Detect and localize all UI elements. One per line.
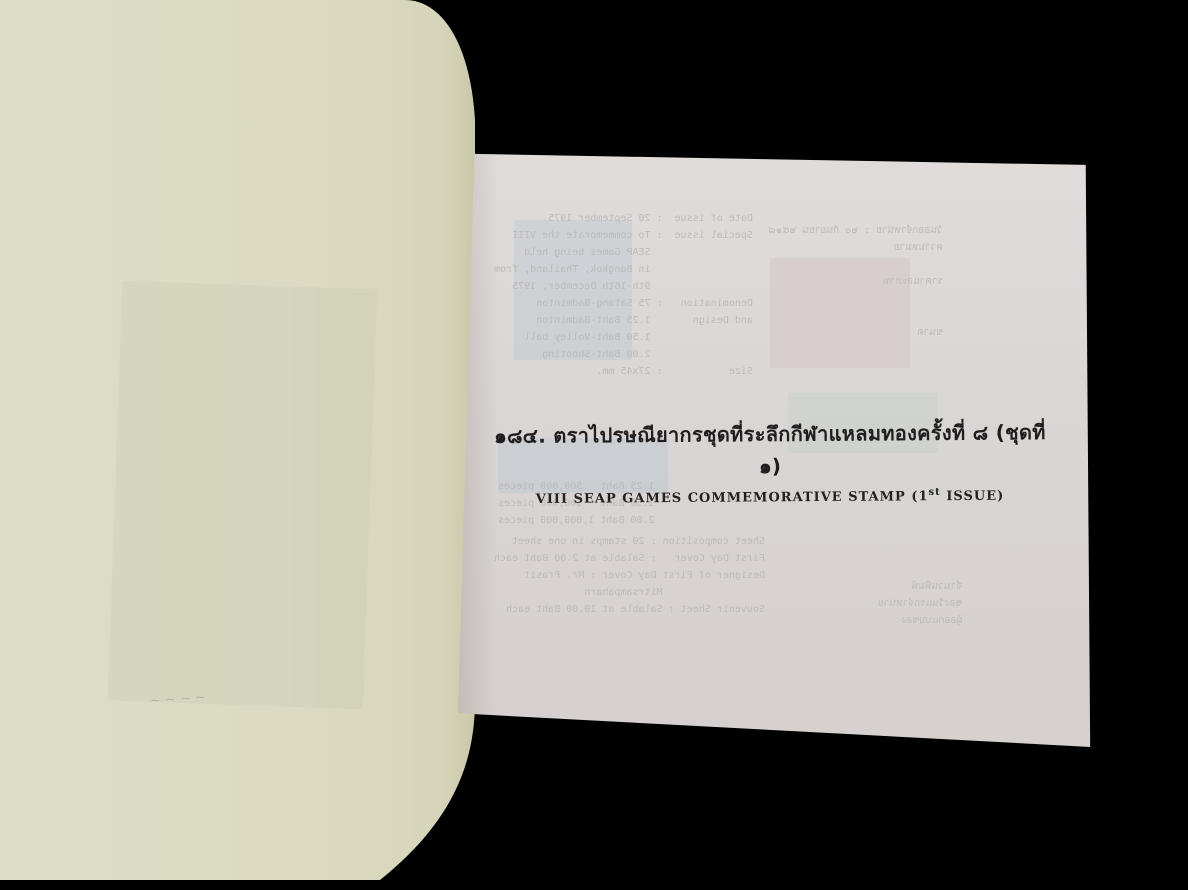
ordinal-superscript: st [928,487,940,498]
left-page-offset-shadow [108,281,378,710]
entry-title-block: ๑๘๔. ตราไปรษณียากรชุดที่ระลึกกีฬาแหลมทอง… [490,418,1050,505]
entry-title-english-text: VIII SEAP GAMES COMMEMORATIVE STAMP (1 [536,489,929,507]
bleed-through-sheet-info: Sheet composition : 20 stamps in one she… [494,533,765,618]
bleed-through-thai-footer: จำนวนพิมพ์ ซองวันแรกจำหน่าย ผู้ออกแบบซอง [878,578,962,629]
entry-title-thai-text: ตราไปรษณียากรชุดที่ระลึกกีฬาแหลมทองครั้ง… [553,420,1046,478]
bleed-through-column-left: Date of issue : 20 September 1975 Specia… [494,210,753,380]
entry-title-thai: ๑๘๔. ตราไปรษณียากรชุดที่ระลึกกีฬาแหลมทอง… [490,416,1050,484]
entry-number: ๑๘๔. [494,424,546,448]
entry-title-english-tail: ISSUE) [941,489,1005,504]
entry-title-english: VIII SEAP GAMES COMMEMORATIVE STAMP (1st… [490,486,1050,507]
bleed-through-column-right: วันออกจำหน่าย : ๒๐ กันยายน ๒๕๑๘ ความหมาย… [768,222,943,341]
